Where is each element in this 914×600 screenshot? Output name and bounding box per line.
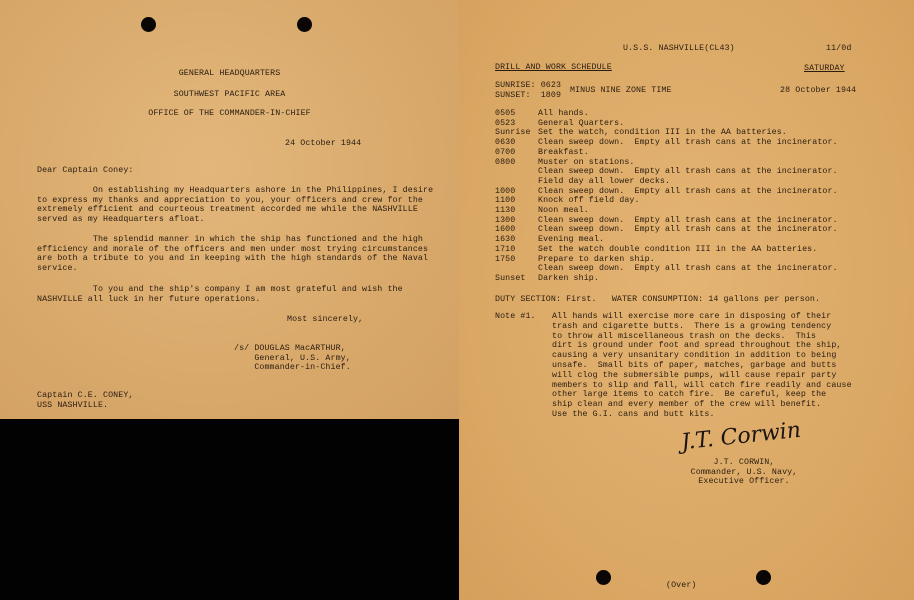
handwritten-signature: J.T. Corwin	[680, 418, 802, 455]
entry-text: Clean sweep down. Empty all trash cans a…	[538, 138, 838, 148]
addressee: Captain C.E. CONEY, USS NASHVILLE.	[37, 391, 134, 410]
entry-time: 0630	[495, 138, 515, 148]
schedule-title: DRILL AND WORK SCHEDULE	[495, 63, 612, 73]
punch-hole	[756, 570, 771, 585]
letterhead-line-1: GENERAL HEADQUARTERS	[0, 69, 459, 79]
punch-hole	[141, 17, 156, 32]
schedule-date: 28 October 1944	[780, 86, 856, 96]
entry-text: Clean sweep down. Empty all trash cans a…	[538, 225, 838, 235]
signature-block: /s/ DOUGLAS MacARTHUR, General, U.S. Arm…	[234, 344, 351, 373]
entry-time: 1130	[495, 206, 515, 216]
punch-hole	[596, 570, 611, 585]
salutation: Dear Captain Coney:	[37, 166, 134, 176]
zone-time: MINUS NINE ZONE TIME	[570, 86, 672, 96]
entry-time: 0700	[495, 148, 515, 158]
entry-text: Breakfast.	[538, 148, 589, 158]
entry-text: Clean sweep down. Empty all trash cans a…	[538, 187, 838, 197]
entry-text: All hands.	[538, 109, 589, 119]
entry-text: Set the watch, condition III in the AA b…	[538, 128, 787, 138]
entry-time: 1750	[495, 255, 515, 265]
entry-time: 1300	[495, 216, 515, 226]
entry-text: Evening meal.	[538, 235, 604, 245]
entry-time: 1710	[495, 245, 515, 255]
macarthur-letter: GENERAL HEADQUARTERS SOUTHWEST PACIFIC A…	[0, 0, 459, 419]
closing: Most sincerely,	[287, 315, 363, 325]
entry-time: Sunrise	[495, 128, 531, 138]
entry-time: 0505	[495, 109, 515, 119]
paragraph-2: The splendid manner in which the ship ha…	[37, 235, 428, 273]
entry-text: Knock off field day.	[538, 196, 640, 206]
sun-times: SUNRISE: 0623 SUNSET: 1809	[495, 81, 561, 100]
exec-signature-block: J.T. CORWIN, Commander, U.S. Navy, Execu…	[669, 458, 819, 487]
reference: 11/0d	[826, 44, 851, 54]
entry-text: Clean sweep down. Empty all trash cans a…	[538, 216, 838, 226]
note-text: All hands will exercise more care in dis…	[552, 312, 852, 420]
entry-text: Noon meal.	[538, 206, 589, 216]
punch-hole	[297, 17, 312, 32]
paragraph-3: To you and the ship's company I am most …	[37, 285, 403, 304]
note-label: Note #1.	[495, 312, 536, 322]
entry-text: Clean sweep down. Empty all trash cans a…	[538, 264, 838, 274]
letterhead-line-3: OFFICE OF THE COMMANDER-IN-CHIEF	[0, 109, 459, 119]
letterhead-line-2: SOUTHWEST PACIFIC AREA	[0, 90, 459, 100]
paragraph-1: On establishing my Headquarters ashore i…	[37, 186, 433, 224]
black-background	[0, 419, 459, 600]
entry-time: Sunset	[495, 274, 525, 284]
entry-text: General Quarters.	[538, 119, 624, 129]
day: SATURDAY	[804, 64, 845, 74]
duty-line: DUTY SECTION: First. WATER CONSUMPTION: …	[495, 295, 820, 305]
entry-text: Muster on stations.	[538, 158, 635, 168]
entry-text: Darken ship.	[538, 274, 599, 284]
drill-schedule: U.S.S. NASHVILLE(CL43) 11/0d DRILL AND W…	[459, 0, 914, 600]
entry-text: Field day all lower decks.	[538, 177, 670, 187]
entry-time: 1600	[495, 225, 515, 235]
entry-time: 1630	[495, 235, 515, 245]
entry-text: Prepare to darken ship.	[538, 255, 655, 265]
entry-text: Clean sweep down. Empty all trash cans a…	[538, 167, 838, 177]
entry-time: 0800	[495, 158, 515, 168]
ship-name: U.S.S. NASHVILLE(CL43)	[623, 44, 735, 54]
entry-time: 1000	[495, 187, 515, 197]
entry-time: 1100	[495, 196, 515, 206]
footer-over: (Over)	[666, 581, 696, 591]
letter-date: 24 October 1944	[285, 139, 361, 149]
entry-time: 0523	[495, 119, 515, 129]
entry-text: Set the watch double condition III in th…	[538, 245, 817, 255]
